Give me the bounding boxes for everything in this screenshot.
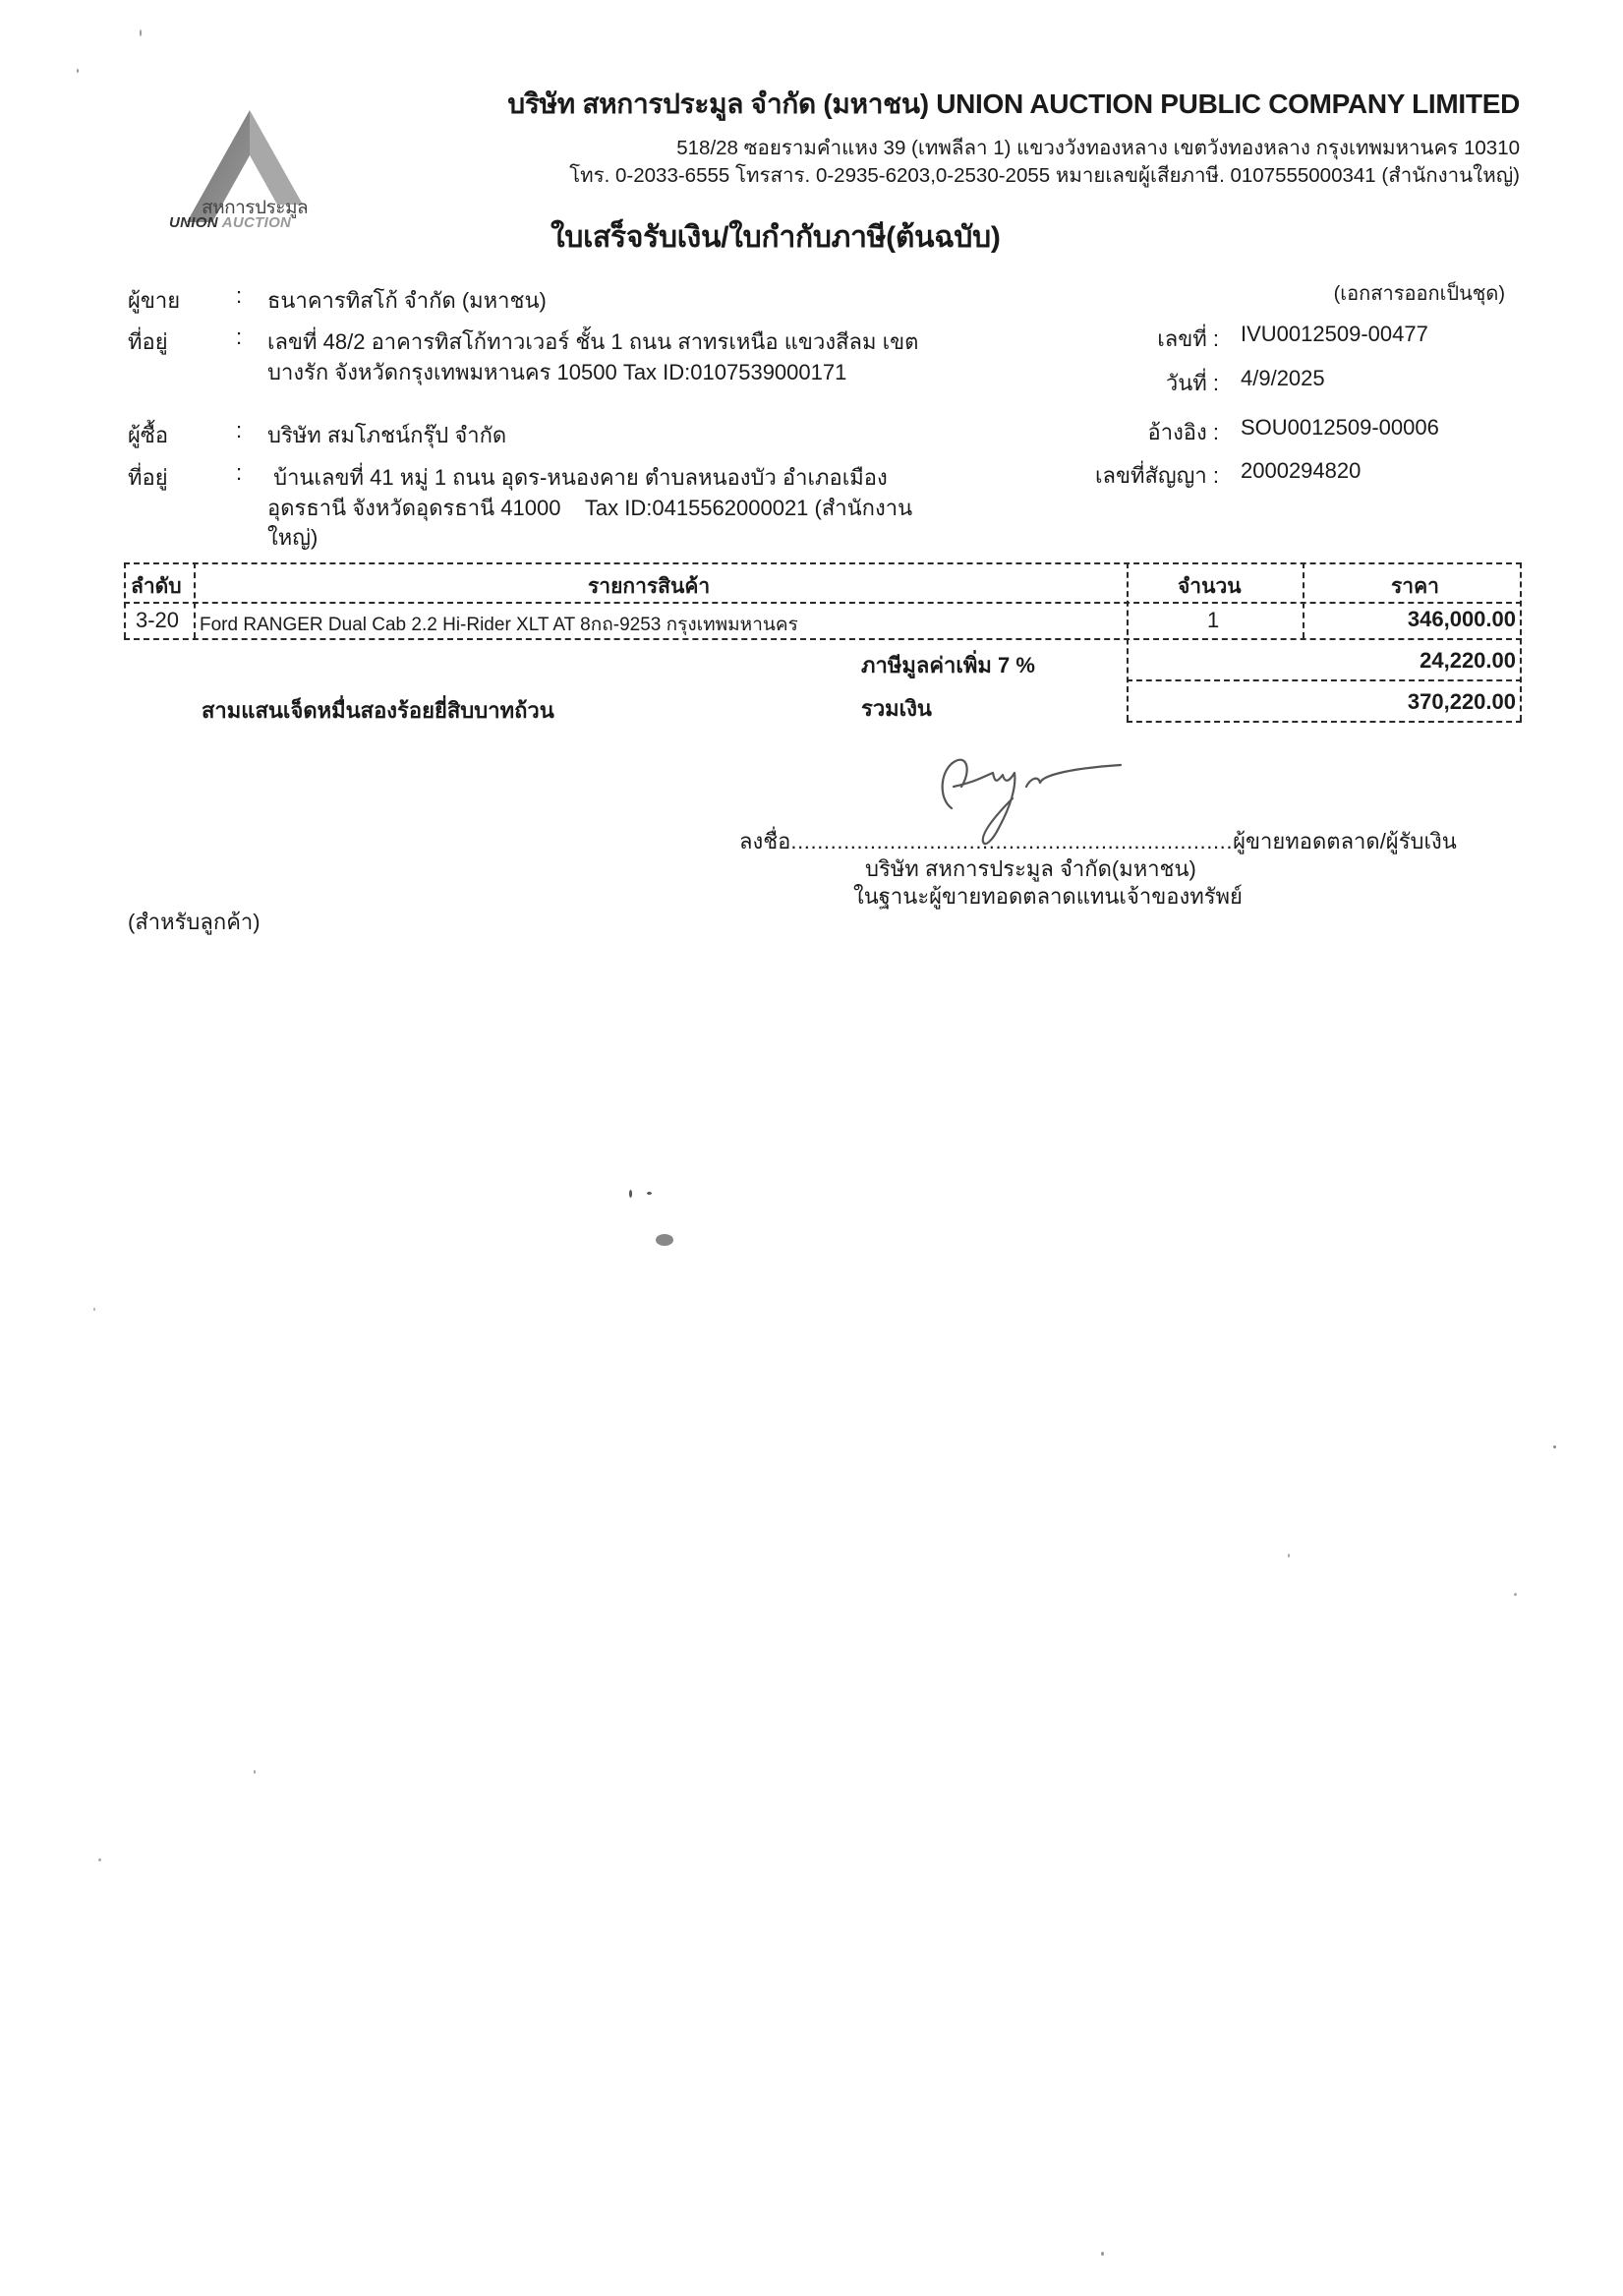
column-header-qty: จำนวน [1178, 570, 1242, 603]
buyer-colon: : [236, 418, 242, 443]
row-seq: 3-20 [136, 608, 179, 633]
seller-label: ผู้ขาย [128, 283, 180, 318]
column-header-price: ราคา [1391, 570, 1439, 603]
signature-capacity: ในฐานะผู้ขายทอดตลาดแทนเจ้าของทรัพย์ [853, 879, 1243, 913]
seller-address-label: ที่อยู่ [128, 324, 168, 359]
table-border-top [124, 562, 1522, 564]
column-header-seq: ลำดับ [131, 570, 182, 603]
customer-copy-note: (สำหรับลูกค้า) [128, 905, 261, 939]
buyer-address-line1: บ้านเลขที่ 41 หมู่ 1 ถนน อุดร-หนองคาย ตำ… [267, 460, 888, 495]
seq-column-divider [194, 562, 196, 638]
logo-english-name: UNION AUCTION [169, 214, 291, 231]
table-border-right [1520, 562, 1522, 721]
vat-amount: 24,220.00 [1260, 648, 1516, 674]
table-border-left [124, 562, 126, 638]
document-set-note: (เอกสารออกเป็นชุด) [1334, 277, 1505, 309]
buyer-address-label: ที่อยู่ [128, 460, 168, 495]
logo-union: UNION [169, 214, 222, 231]
row-qty: 1 [1207, 608, 1219, 633]
contract-label: เลขที่สัญญา : [1022, 458, 1219, 493]
buyer-name: บริษัท สมโภชน์กรุ๊ป จำกัด [267, 418, 506, 452]
signature-dots: ........................................… [790, 829, 1233, 854]
document-title: ใบเสร็จรับเงิน/ใบกำกับภาษี(ต้นฉบับ) [551, 214, 1001, 261]
reference-label: อ้างอิง : [1022, 415, 1219, 449]
seller-address-line1: เลขที่ 48/2 อาคารทิสโก้ทาวเวอร์ ชั้น 1 ถ… [267, 324, 918, 359]
document-number-label: เลขที่ : [1022, 322, 1219, 356]
buyer-address-colon: : [236, 460, 242, 486]
company-name: บริษัท สหการประมูล จำกัด (มหาชน) UNION A… [507, 83, 1520, 126]
seller-name: ธนาคารทิสโก้ จำกัด (มหาชน) [267, 283, 547, 318]
reference-number: SOU0012509-00006 [1241, 415, 1439, 441]
vat-label: ภาษีมูลค่าเพิ่ม 7 % [861, 648, 1035, 682]
row-item: Ford RANGER Dual Cab 2.2 Hi-Rider XLT AT… [200, 610, 798, 639]
signature-role: ผู้ขายทอดตลาด/ผู้รับเงิน [1233, 829, 1457, 854]
table-header-divider [124, 602, 1522, 604]
seller-address-line2: บางรัก จังหวัดกรุงเทพมหานคร 10500 Tax ID… [267, 355, 846, 389]
buyer-address-line3: ใหญ่) [267, 520, 318, 555]
row-price: 346,000.00 [1260, 607, 1516, 632]
document-number: IVU0012509-00477 [1241, 322, 1428, 347]
table-border-bottom [1127, 721, 1522, 723]
logo-auction: AUCTION [222, 214, 291, 231]
company-address-line2: โทร. 0-2033-6555 โทรสาร. 0-2935-6203,0-2… [569, 159, 1520, 192]
total-amount: 370,220.00 [1260, 689, 1516, 715]
buyer-label: ผู้ซื้อ [128, 418, 168, 452]
document-date: 4/9/2025 [1241, 366, 1325, 391]
document-date-label: วันที่ : [1022, 366, 1219, 400]
seller-address-colon: : [236, 324, 242, 350]
item-column-divider [1127, 562, 1129, 721]
total-label: รวมเงิน [861, 691, 932, 726]
column-header-item: รายการสินค้า [588, 570, 710, 603]
amount-in-words: สามแสนเจ็ดหมื่นสองร้อยยี่สิบบาทถ้วน [202, 693, 554, 728]
seller-colon: : [236, 283, 242, 309]
contract-number: 2000294820 [1241, 458, 1361, 484]
signature-prefix: ลงชื่อ [739, 829, 790, 854]
vat-divider [1127, 679, 1522, 681]
buyer-address-line2: อุดรธานี จังหวัดอุดรธานี 41000 Tax ID:04… [267, 491, 912, 525]
